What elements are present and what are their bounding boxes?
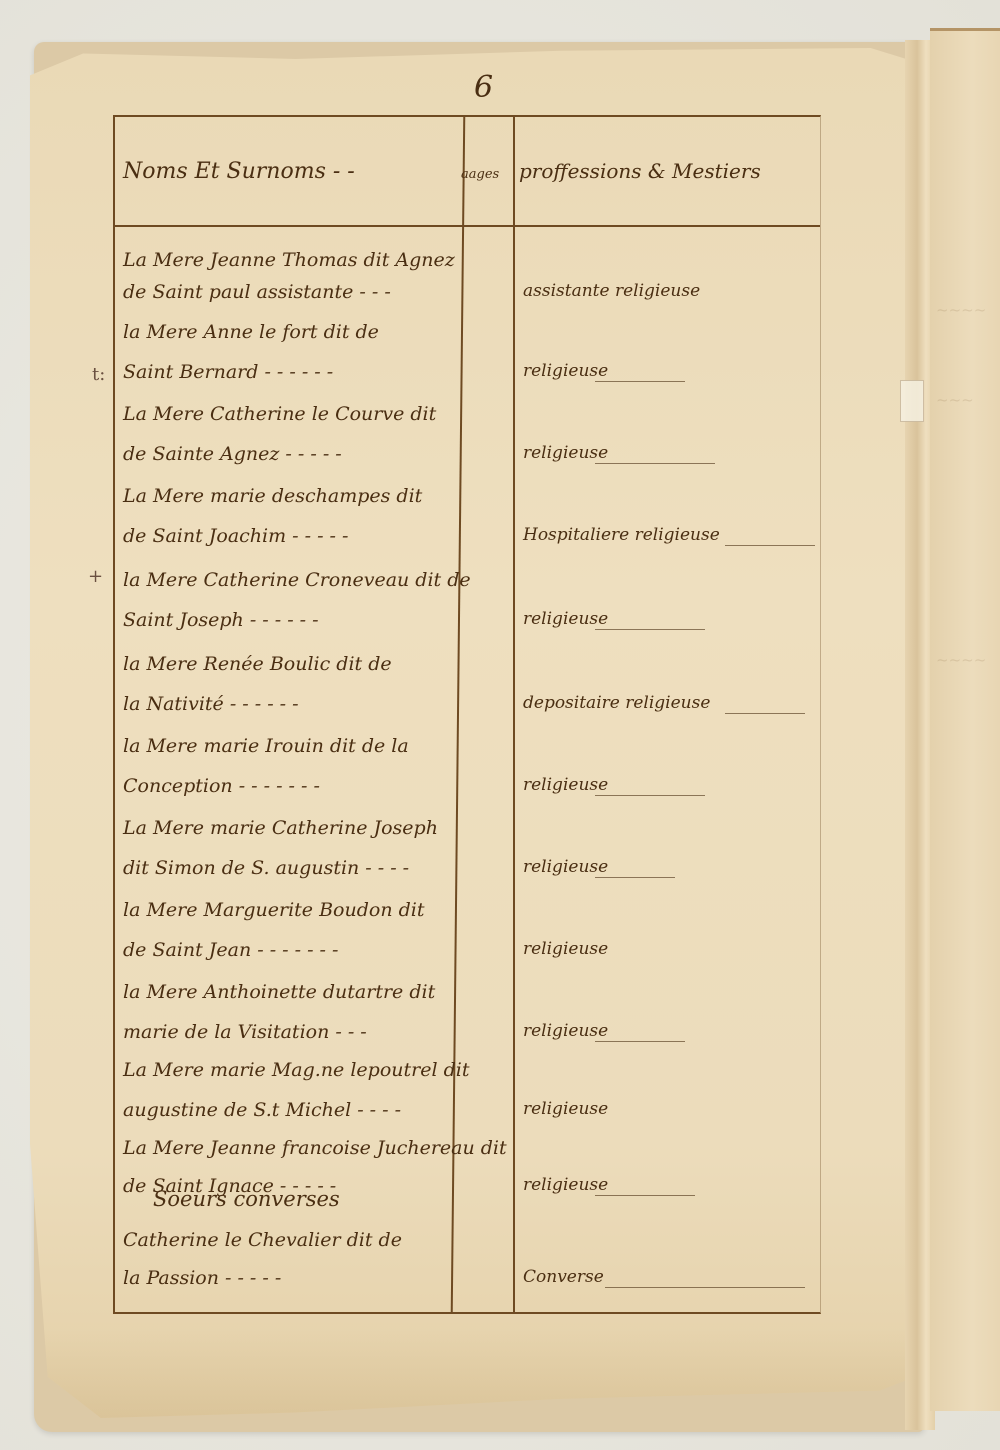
bleed-through-text: ~~~~	[936, 651, 986, 669]
register-entry-cont: marie de la Visitation - - - religieuse	[115, 1017, 820, 1057]
entry-name-line1: Catherine le Chevalier dit de	[123, 1229, 402, 1251]
entry-name-line1: la Mere Marguerite Boudon dit	[123, 899, 425, 921]
entry-name-line1: la Mere Catherine Croneveau dit de	[123, 569, 471, 591]
profession-dash	[595, 1041, 685, 1042]
register-entry: La Mere Catherine le Courve dit	[115, 399, 820, 439]
register-entry-cont: de Saint paul assistante - - - assistant…	[115, 277, 820, 317]
register-entry: la Mere Anthoinette dutartre dit	[115, 977, 820, 1017]
register-entry-cont: la Passion - - - - - Converse	[115, 1263, 820, 1303]
bleed-through-text: ~~~	[936, 391, 974, 409]
entry-name-line1: la Mere Anne le fort dit de	[123, 321, 379, 343]
header-rule	[115, 225, 820, 227]
register-entry: la Mere Renée Boulic dit de	[115, 649, 820, 689]
profession-dash	[725, 545, 815, 546]
entry-name-line1: La Mere Catherine le Courve dit	[123, 403, 436, 425]
register-entry-cont: dit Simon de S. augustin - - - - religie…	[115, 853, 820, 893]
register-entry-cont: de Saint Joachim - - - - - Hospitaliere …	[115, 521, 820, 561]
entry-name-line2: de Saint Jean - - - - - - -	[123, 939, 338, 961]
entry-name-line1: La Mere Jeanne Thomas dit Agnez	[123, 249, 455, 271]
entry-name-line2: Saint Joseph - - - - - -	[123, 609, 319, 631]
header-names: Noms Et Surnoms - -	[123, 159, 355, 184]
profession-dash	[595, 381, 685, 382]
entry-profession: religieuse	[523, 1175, 608, 1195]
register-entry: La Mere marie Mag.ne lepoutrel dit	[115, 1055, 820, 1095]
entry-profession: religieuse	[523, 1099, 608, 1119]
entry-name-line2: la Nativité - - - - - -	[123, 693, 299, 715]
entry-name-line1: La Mere marie Catherine Joseph	[123, 817, 438, 839]
profession-dash	[595, 629, 705, 630]
torn-paper-fragment	[900, 380, 924, 422]
entry-name-line1: La Mere marie deschampes dit	[123, 485, 422, 507]
entry-name-line2: la Passion - - - - -	[123, 1267, 281, 1289]
entry-name-line2: Saint Bernard - - - - - -	[123, 361, 333, 383]
entry-name-line1: La Mere marie Mag.ne lepoutrel dit	[123, 1059, 469, 1081]
facing-page-edge: ~~~~ ~~~ ~~~~	[930, 28, 1000, 1411]
entry-name-line2: Conception - - - - - - -	[123, 775, 320, 797]
profession-dash	[725, 713, 805, 714]
entry-name-line2: de Saint Joachim - - - - -	[123, 525, 348, 547]
entry-name-line1: La Mere Jeanne francoise Juchereau dit	[123, 1137, 507, 1159]
entry-profession: Hospitaliere religieuse	[523, 525, 720, 545]
entry-name-line2: augustine de S.t Michel - - - -	[123, 1099, 401, 1121]
register-entry: la Mere Anne le fort dit de	[115, 317, 820, 357]
profession-dash	[605, 1287, 805, 1288]
entry-profession: religieuse	[523, 775, 608, 795]
register-entry: la Mere Catherine Croneveau dit de	[115, 565, 820, 605]
entry-profession: religieuse	[523, 361, 608, 381]
entry-profession: religieuse	[523, 939, 608, 959]
entry-name-line2: dit Simon de S. augustin - - - -	[123, 857, 409, 879]
header-ages: aages	[461, 167, 499, 182]
entry-name-line1: la Mere Anthoinette dutartre dit	[123, 981, 435, 1003]
entry-profession: depositaire religieuse	[523, 693, 710, 713]
register-entry-cont: Conception - - - - - - - religieuse	[115, 771, 820, 811]
register-entry-cont: de Sainte Agnez - - - - - religieuse	[115, 439, 820, 479]
header-professions: proffessions & Mestiers	[519, 159, 761, 183]
entry-profession: religieuse	[523, 857, 608, 877]
profession-dash	[595, 1195, 695, 1196]
entry-profession: religieuse	[523, 1021, 608, 1041]
margin-mark: t:	[92, 364, 105, 385]
entry-profession: religieuse	[523, 609, 608, 629]
entry-profession: assistante religieuse	[523, 281, 700, 301]
entry-name-line2: de Sainte Agnez - - - - -	[123, 443, 342, 465]
register-entry: La Mere marie deschampes dit	[115, 481, 820, 521]
register-entry: Catherine le Chevalier dit de	[115, 1225, 820, 1265]
bleed-through-text: ~~~~	[936, 301, 986, 319]
profession-dash	[595, 463, 715, 464]
entry-name-line1: la Mere Renée Boulic dit de	[123, 653, 392, 675]
profession-dash	[595, 795, 705, 796]
register-entry-cont: augustine de S.t Michel - - - - religieu…	[115, 1095, 820, 1135]
register-entry-cont: la Nativité - - - - - - depositaire reli…	[115, 689, 820, 729]
register-entry: la Mere Marguerite Boudon dit	[115, 895, 820, 935]
register-entry-cont: Saint Joseph - - - - - - religieuse	[115, 605, 820, 645]
register-entry-cont: de Saint Jean - - - - - - - religieuse	[115, 935, 820, 975]
section-heading-converses: Soeurs converses	[153, 1187, 340, 1211]
entry-profession: Converse	[523, 1267, 604, 1287]
entry-name-line2: marie de la Visitation - - -	[123, 1021, 367, 1043]
page-number: 6	[474, 70, 493, 105]
register-entry: La Mere Jeanne francoise Juchereau dit	[115, 1133, 820, 1173]
register-entry: la Mere marie Irouin dit de la	[115, 731, 820, 771]
profession-dash	[595, 877, 675, 878]
entry-name-line1: la Mere marie Irouin dit de la	[123, 735, 409, 757]
entry-name-line2: de Saint paul assistante - - -	[123, 281, 391, 303]
register-entry-cont: Saint Bernard - - - - - - religieuse	[115, 357, 820, 397]
register-entry: La Mere marie Catherine Joseph	[115, 813, 820, 853]
register-table: Noms Et Surnoms - - aages proffessions &…	[113, 115, 821, 1314]
margin-mark: +	[88, 566, 103, 587]
entry-profession: religieuse	[523, 443, 608, 463]
